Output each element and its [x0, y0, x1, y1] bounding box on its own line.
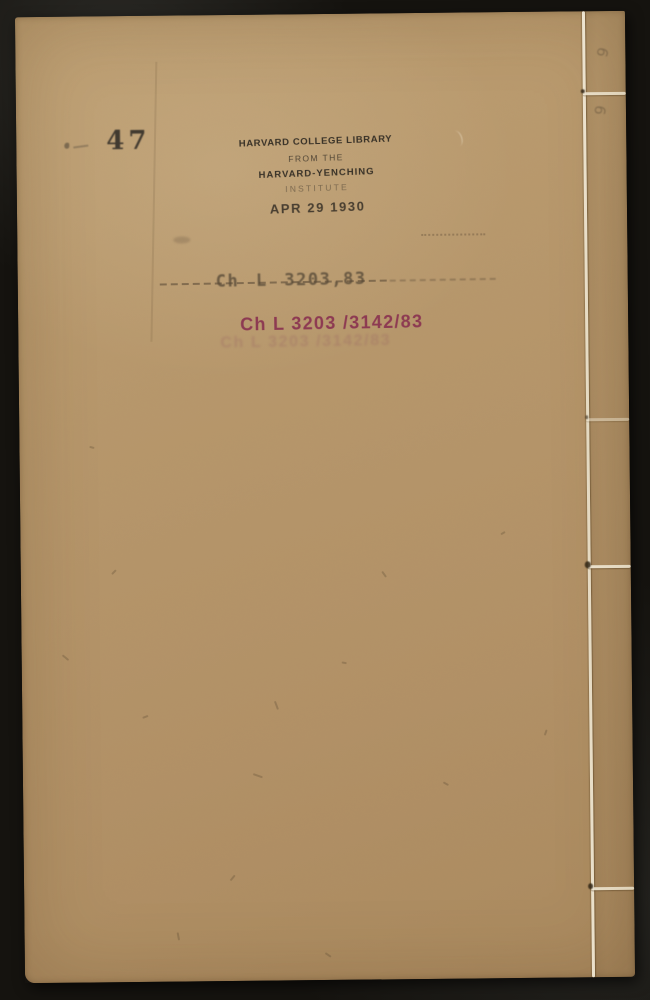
stitch-hole — [581, 89, 585, 93]
fiber-speck — [274, 701, 279, 710]
fiber-speck — [342, 661, 347, 663]
book-cover: 6 6 47 HARVARD COLLEGE LIBRARY FROM THE … — [15, 11, 635, 983]
strikethrough-line — [390, 278, 500, 282]
library-stamp-date: APR 29 1930 — [225, 197, 409, 218]
library-stamp-line: HARVARD-YENCHING — [224, 165, 408, 182]
pencil-mark — [73, 145, 88, 149]
fiber-speck — [89, 446, 94, 449]
smudge-mark — [173, 236, 190, 243]
binding-thread-horizontal — [583, 92, 626, 95]
library-stamp-line: HARVARD COLLEGE LIBRARY — [223, 133, 407, 150]
ghost-call-number-stamp: Ch L 3203 /3142/83 — [220, 332, 391, 353]
faint-dotted-line — [421, 233, 485, 236]
stitch-hole — [585, 561, 591, 568]
fiber-speck — [177, 932, 180, 940]
pencil-mark — [64, 143, 69, 149]
stitch-hole — [585, 415, 588, 419]
library-stamp-line: FROM THE — [224, 150, 408, 166]
fiber-speck — [230, 875, 236, 881]
fiber-speck — [443, 781, 449, 785]
binding-thread-horizontal — [588, 565, 631, 568]
library-stamp-line: INSTITUTE — [225, 180, 409, 196]
accession-number: 47 — [106, 126, 150, 156]
fiber-speck — [500, 531, 505, 535]
fiber-speck — [325, 952, 332, 957]
library-stamp: HARVARD COLLEGE LIBRARY FROM THE HARVARD… — [223, 133, 410, 218]
scan-background: { "cover": { "accession_number": "47", "… — [0, 0, 650, 1000]
fiber-speck — [544, 729, 547, 735]
fiber-speck — [142, 715, 148, 719]
fiber-speck — [62, 654, 69, 660]
scratch-mark — [450, 129, 465, 147]
binding-thread-horizontal — [586, 418, 629, 421]
fiber-speck — [111, 569, 116, 574]
stitch-hole — [588, 883, 593, 889]
fiber-speck — [253, 773, 263, 778]
crease-line — [150, 62, 156, 342]
binding-thread-horizontal — [591, 887, 634, 890]
fiber-speck — [382, 571, 387, 578]
